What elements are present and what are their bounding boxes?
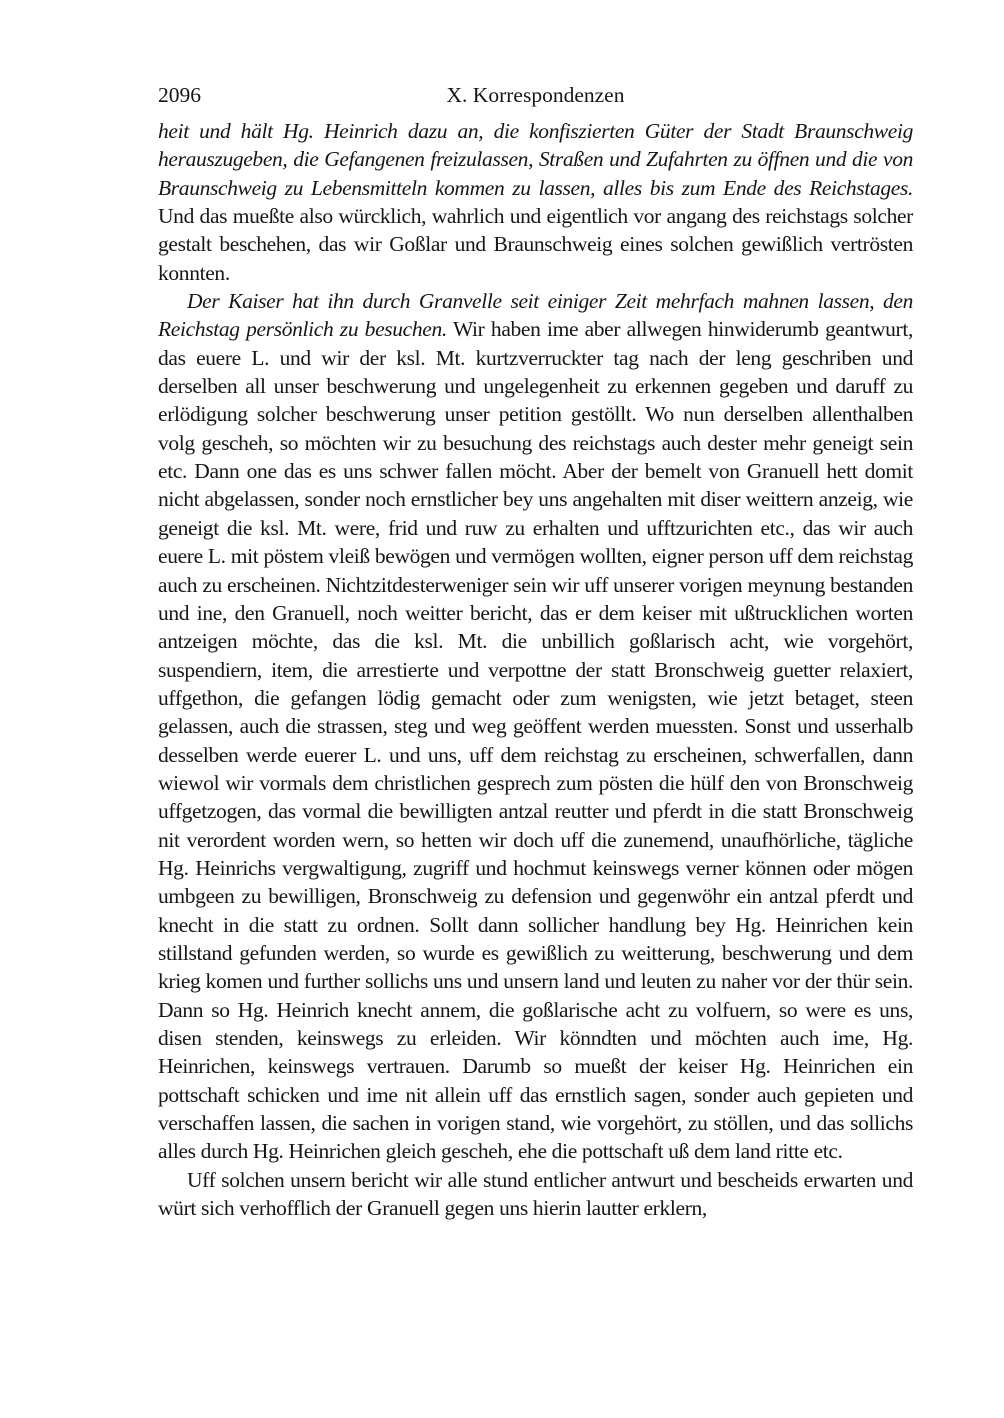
paragraph: Der Kaiser hat ihn durch Granvelle seit … bbox=[158, 287, 913, 1166]
running-header: 2096 X. Korrespondenzen bbox=[158, 82, 913, 112]
body-segment: Wir haben ime aber allwegen hinwiderumb … bbox=[158, 317, 913, 1163]
running-title: X. Korrespondenzen bbox=[158, 82, 913, 108]
book-page: 2096 X. Korrespondenzen heit und hält Hg… bbox=[0, 0, 1004, 1418]
text-body: heit und hält Hg. Heinrich dazu an, die … bbox=[158, 117, 913, 1222]
body-segment: Uff solchen unsern bericht wir alle stun… bbox=[158, 1168, 913, 1220]
paragraph: heit und hält Hg. Heinrich dazu an, die … bbox=[158, 117, 913, 287]
body-segment: Und das mueßte also würcklich, wahrlich … bbox=[158, 204, 913, 285]
summary-segment: heit und hält Hg. Heinrich dazu an, die … bbox=[158, 119, 913, 200]
paragraph: Uff solchen unsern bericht wir alle stun… bbox=[158, 1166, 913, 1223]
